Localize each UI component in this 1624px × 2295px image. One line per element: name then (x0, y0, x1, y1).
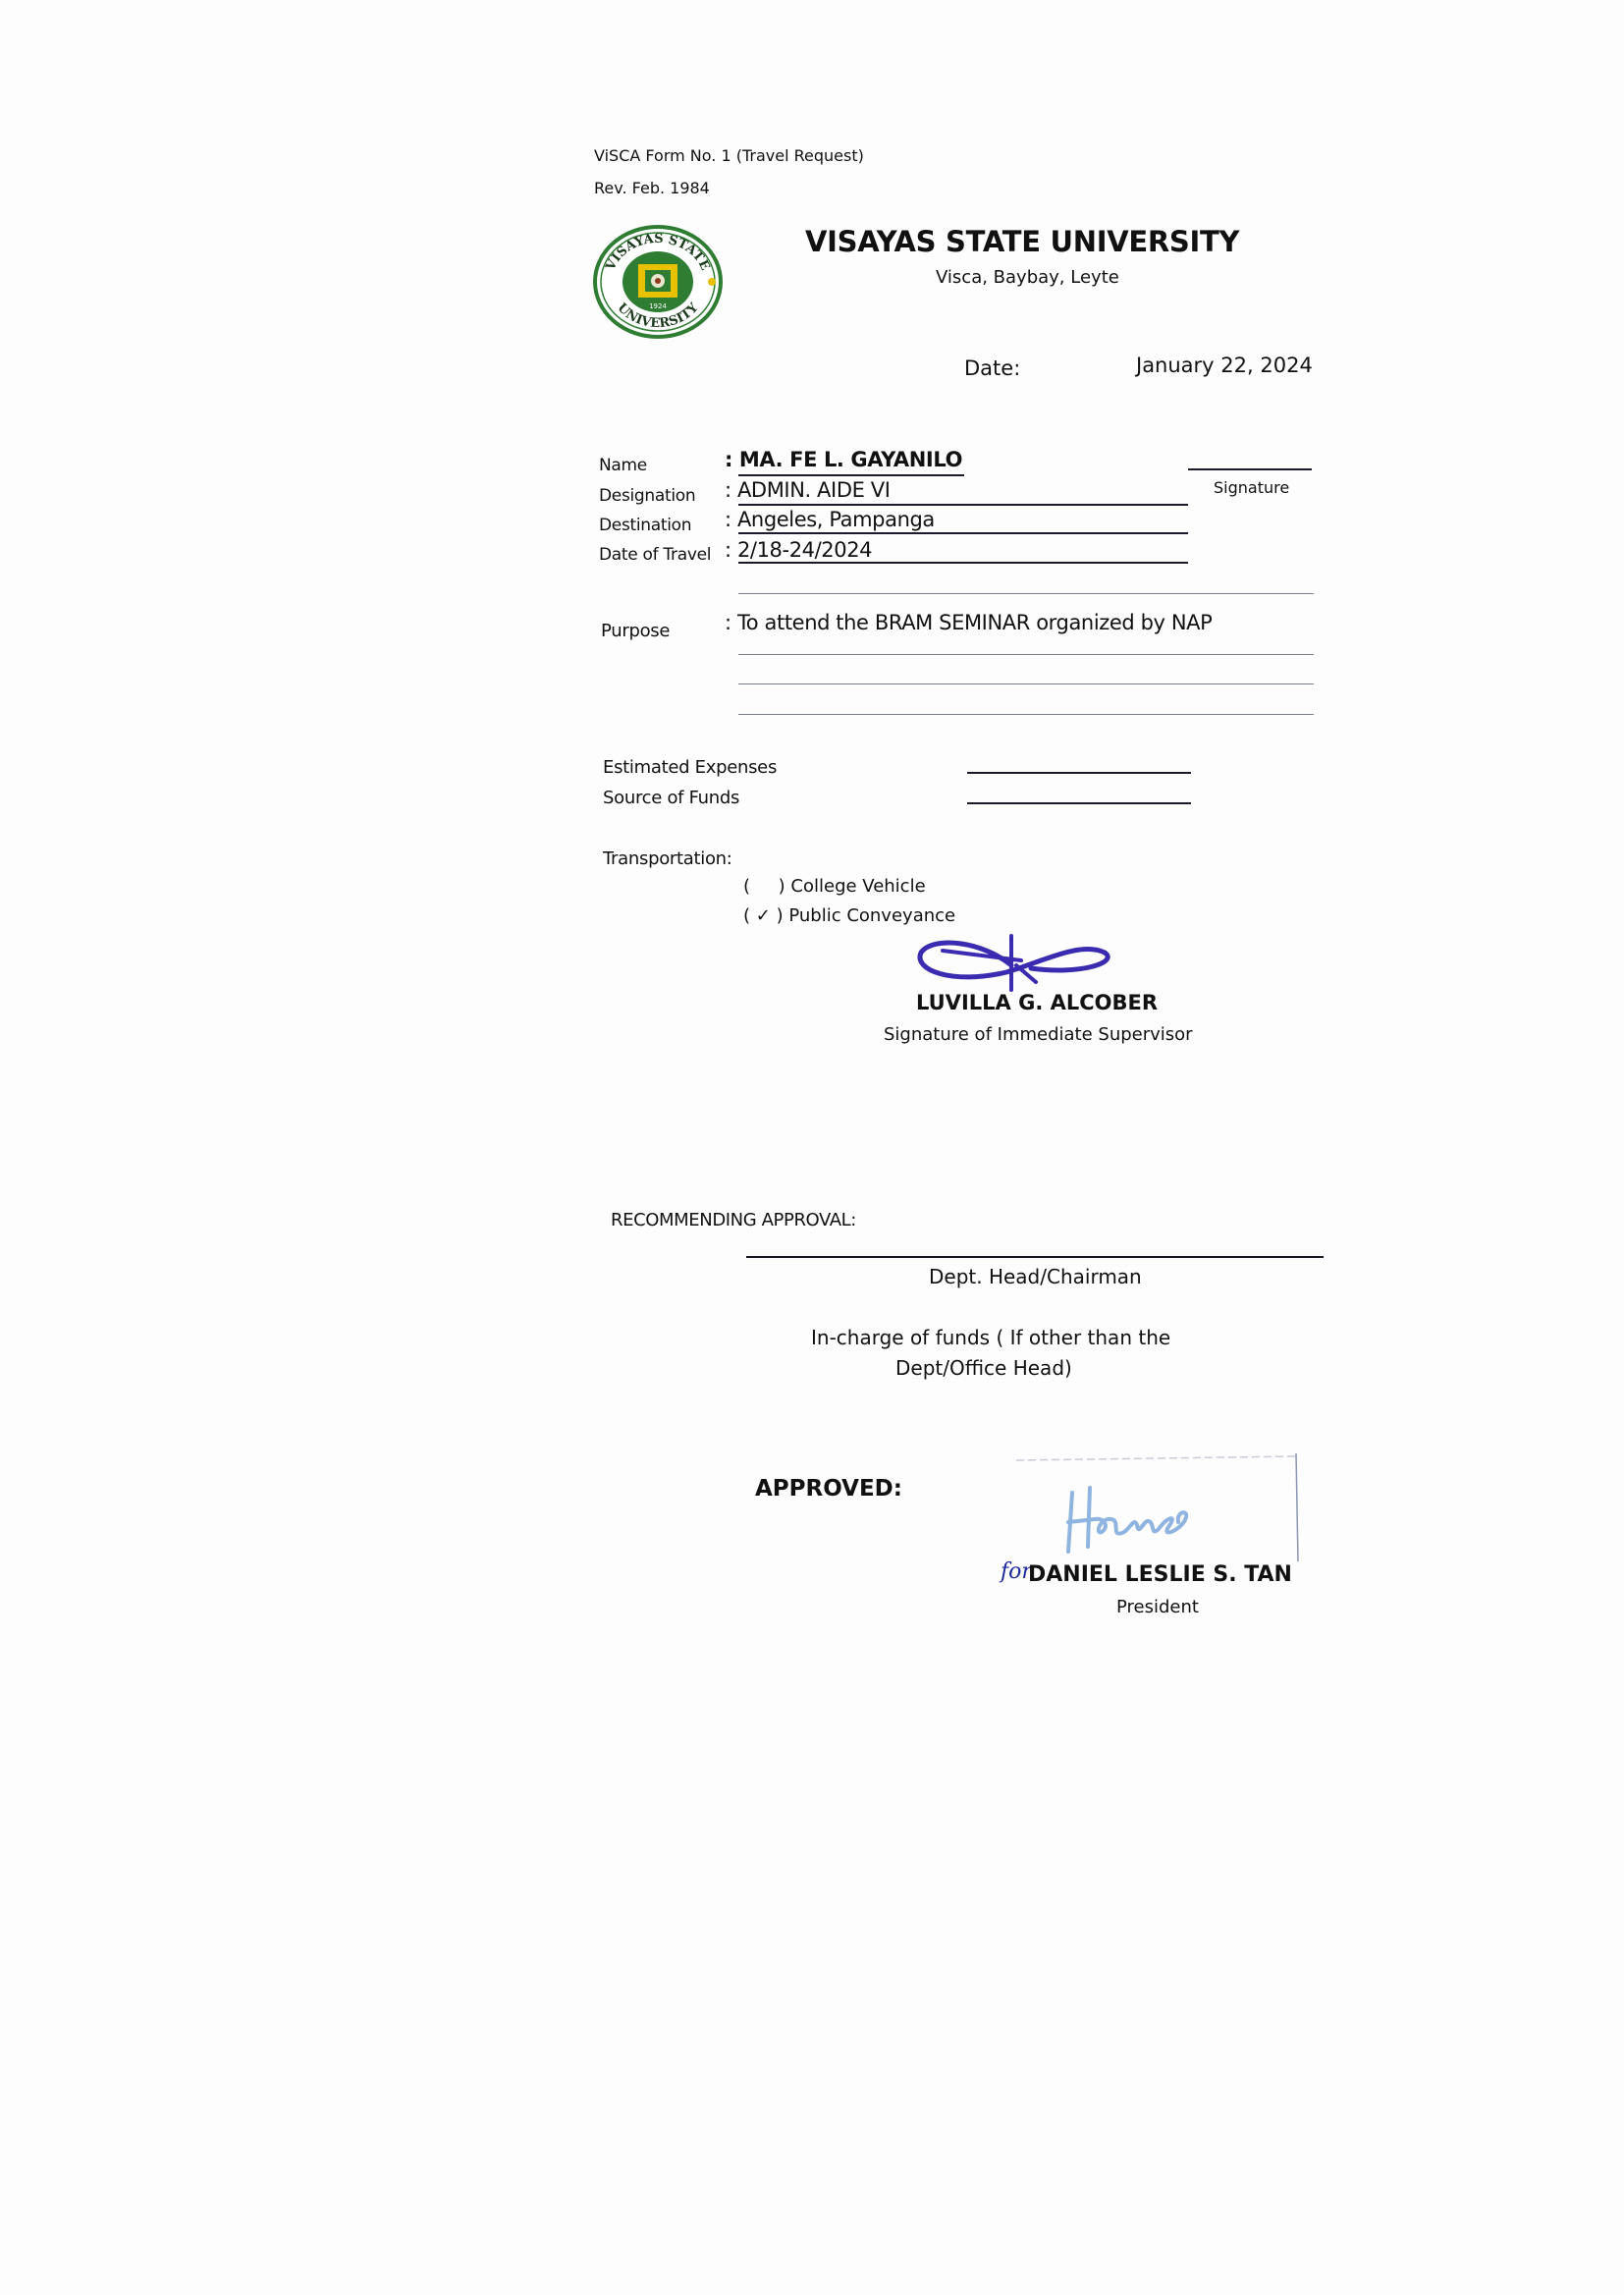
requester-signature-line (1188, 468, 1312, 470)
estimated-expenses-label: Estimated Expenses (603, 757, 777, 778)
university-seal-logo: 1924 VISAYAS STATE UNIVERSITY (592, 225, 724, 340)
destination-underline (738, 532, 1188, 534)
name-label: Name (599, 456, 647, 475)
estimated-expenses-line (967, 772, 1191, 774)
purpose-line-1 (738, 654, 1314, 655)
funds-note-line-1: In-charge of funds ( If other than the (811, 1326, 1170, 1349)
name-underline (738, 474, 964, 476)
recommending-approval-label: RECOMMENDING APPROVAL: (611, 1210, 856, 1230)
destination-field: : Angeles, Pampanga (725, 508, 935, 531)
date-label: Date: (964, 356, 1020, 380)
purpose-field: : To attend the BRAM SEMINAR organized b… (725, 611, 1212, 634)
president-signature-box (1011, 1448, 1306, 1570)
president-name: DANIEL LESLIE S. TAN (1028, 1562, 1292, 1587)
name-field: : MA. FE L. GAYANILO (725, 448, 962, 471)
checkmark-icon: ✓ (756, 905, 771, 926)
president-title: President (1116, 1597, 1199, 1617)
date-of-travel-label: Date of Travel (599, 545, 711, 565)
designation-label: Designation (599, 486, 695, 506)
requester-signature-label: Signature (1214, 478, 1289, 497)
designation-field: : ADMIN. AIDE VI (725, 478, 891, 502)
transportation-label: Transportation: (603, 848, 732, 869)
blank-line (738, 593, 1314, 594)
university-name: VISAYAS STATE UNIVERSITY (805, 225, 1239, 258)
source-of-funds-label: Source of Funds (603, 788, 739, 808)
form-revision: Rev. Feb. 1984 (594, 179, 710, 197)
university-address: Visca, Baybay, Leyte (936, 267, 1119, 288)
date-of-travel-field: : 2/18-24/2024 (725, 538, 872, 562)
date-of-travel-underline (738, 562, 1188, 564)
checkbox-public-conveyance[interactable]: ( ✓ ) (743, 905, 784, 926)
dept-head-signature-line (746, 1256, 1324, 1258)
form-number: ViSCA Form No. 1 (Travel Request) (594, 146, 864, 165)
designation-underline (738, 504, 1188, 506)
destination-label: Destination (599, 516, 691, 535)
approved-label: APPROVED: (755, 1476, 902, 1502)
purpose-line-3 (738, 714, 1314, 715)
checkbox-college-vehicle[interactable]: ( ) (743, 876, 785, 897)
svg-text:1924: 1924 (649, 302, 667, 310)
option-college-vehicle[interactable]: ( ) College Vehicle (743, 876, 926, 897)
date-value: January 22, 2024 (1136, 354, 1313, 377)
funds-note-line-2: Dept/Office Head) (895, 1356, 1072, 1380)
supervisor-name: LUVILLA G. ALCOBER (916, 991, 1158, 1014)
dept-head-title: Dept. Head/Chairman (929, 1265, 1142, 1288)
purpose-line-2 (738, 683, 1314, 684)
option-public-conveyance[interactable]: ( ✓ ) Public Conveyance (743, 905, 955, 926)
supervisor-title: Signature of Immediate Supervisor (884, 1024, 1193, 1045)
source-of-funds-line (967, 802, 1191, 804)
purpose-label: Purpose (601, 621, 670, 641)
